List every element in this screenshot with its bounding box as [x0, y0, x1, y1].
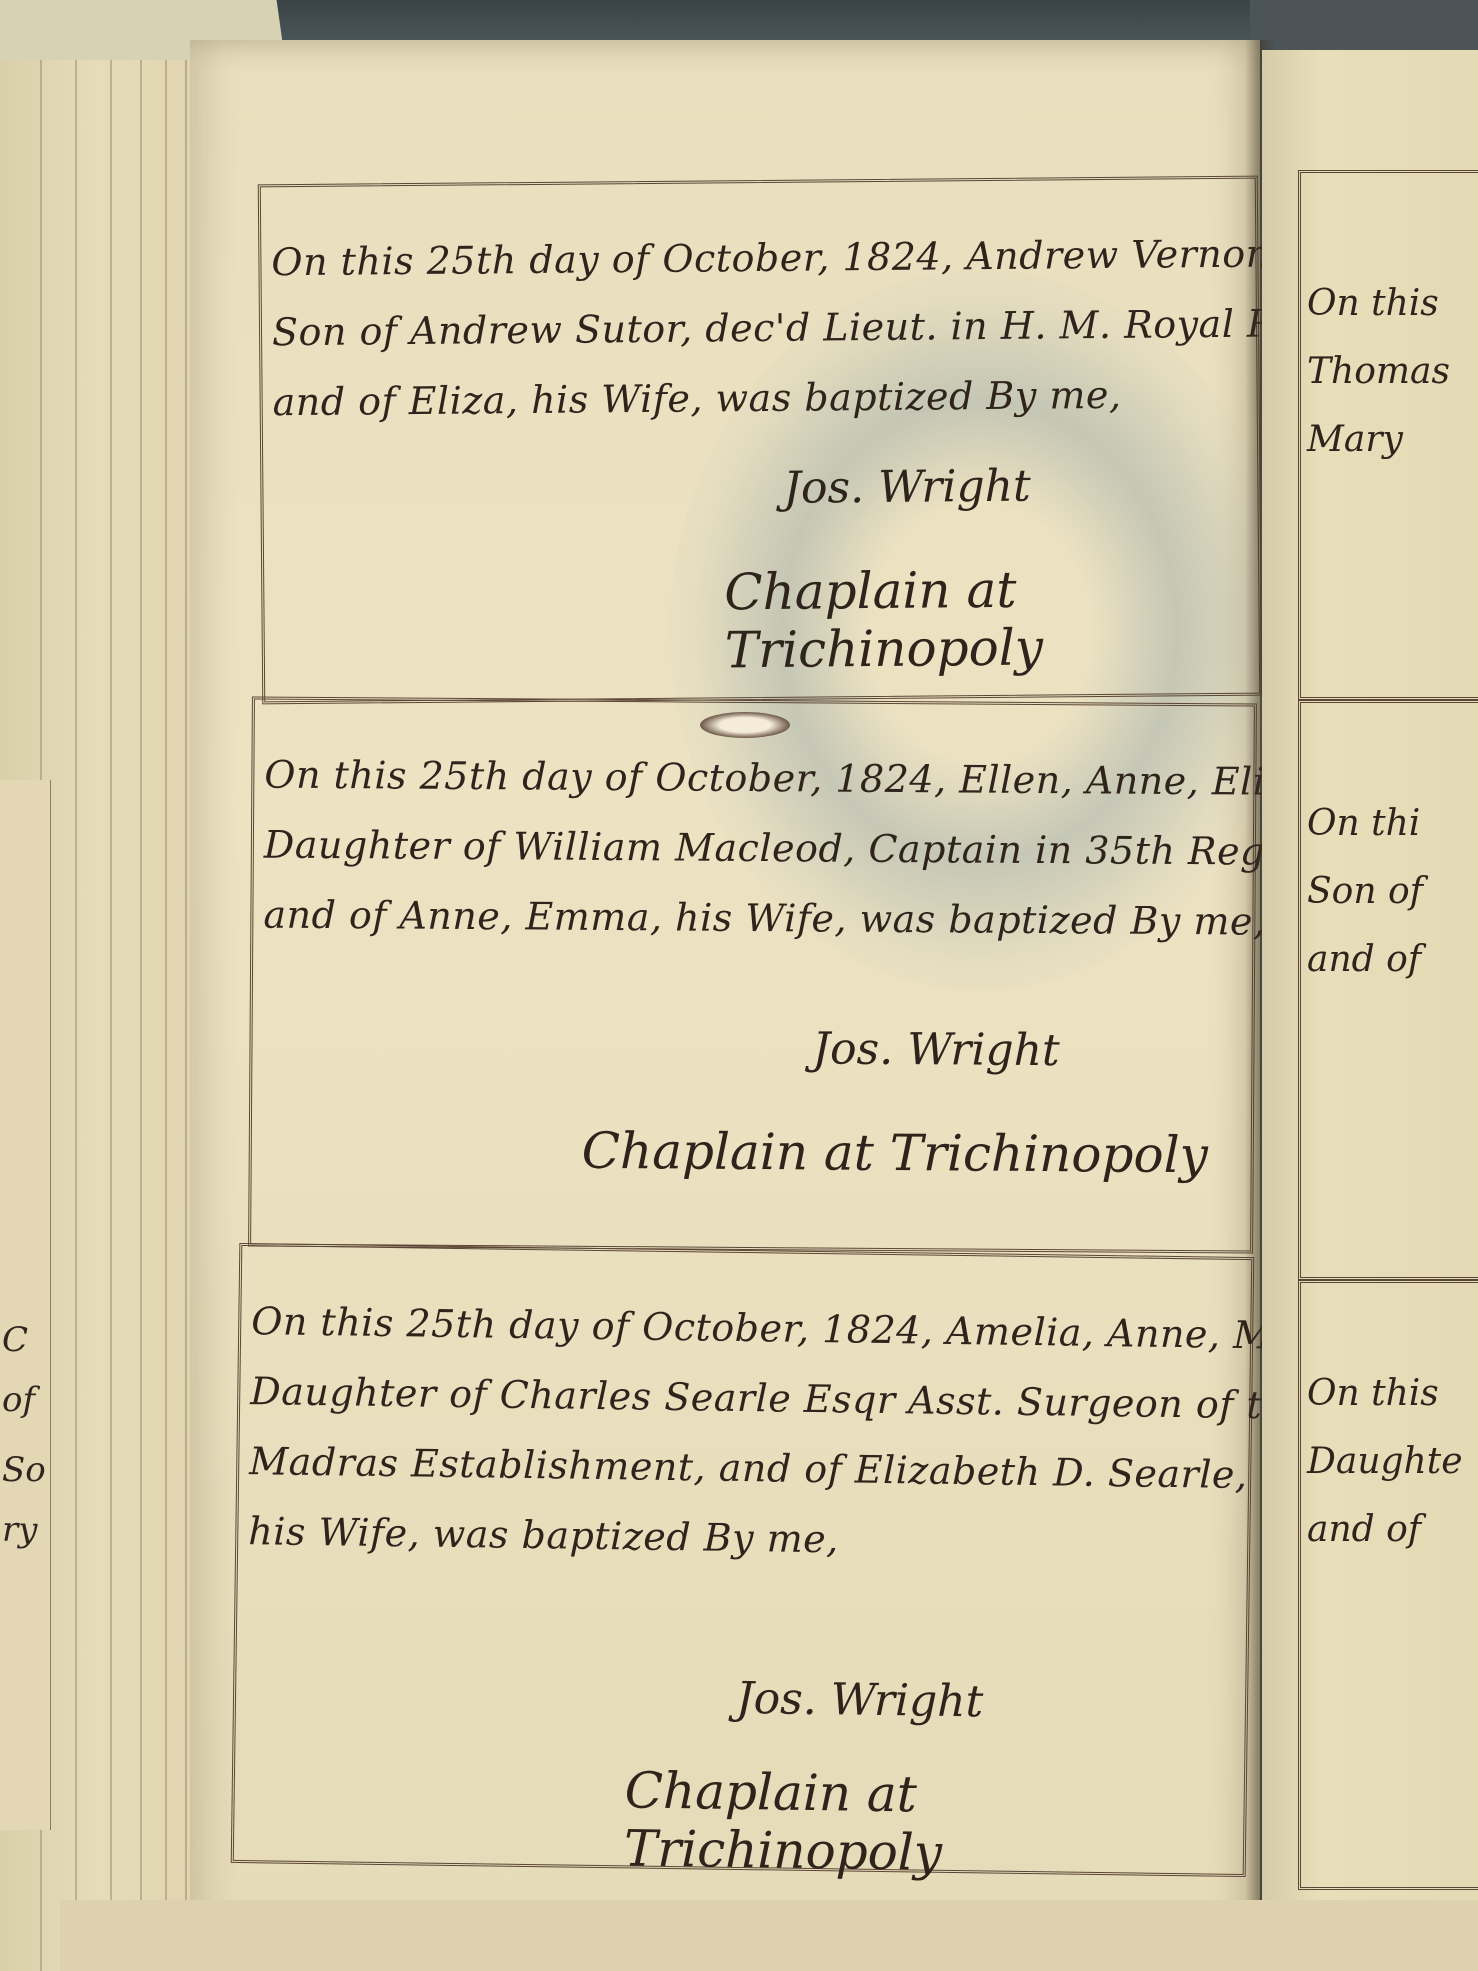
entry-line: Daughter of William Macleod, Captain in …	[264, 810, 1243, 887]
entry-line: and of Eliza, his Wife, was baptized By …	[272, 359, 1247, 437]
fragment-text: So	[2, 1450, 46, 1490]
facing-entry-text: On this Daughte and of	[1307, 1360, 1463, 1564]
entry-line: and of Anne, Emma, his Wife, was baptize…	[263, 880, 1242, 957]
burn-hole	[700, 712, 790, 738]
baptism-register: On this 25th day of October, 1824, Andre…	[260, 180, 1260, 1900]
page-edge	[75, 60, 77, 1971]
baptism-entry: On this 25th day of October, 1824, Ellen…	[248, 696, 1257, 1253]
entry-line: Daughte	[1307, 1428, 1463, 1496]
entry-text: On this 25th day of October, 1824, Ameli…	[248, 1286, 1241, 1580]
fragment-text: ry	[2, 1510, 37, 1550]
fragment-text: C	[2, 1320, 28, 1360]
entry-line: Son of Andrew Sutor, dec'd Lieut. in H. …	[272, 289, 1247, 367]
entry-line: On this 25th day of October, 1824, Ellen…	[264, 740, 1243, 817]
signature: Jos. Wright	[812, 1023, 1060, 1076]
page-edge	[110, 60, 112, 1971]
entry-line: Mary	[1307, 406, 1450, 474]
entry-line: Son of	[1307, 858, 1423, 926]
entry-line: On this	[1307, 1360, 1463, 1428]
entry-text: On this 25th day of October, 1824, Ellen…	[263, 740, 1243, 957]
facing-page: On this Thomas Mary On thi Son of and of…	[1262, 50, 1478, 1960]
page-edge	[165, 60, 167, 1971]
page-bottom-edge	[60, 1900, 1478, 1971]
fragment-text: of	[2, 1380, 35, 1420]
page-edge	[185, 60, 187, 1971]
page-edge	[140, 60, 142, 1971]
entry-line: On thi	[1307, 790, 1423, 858]
baptism-entry: On this 25th day of October, 1824, Andre…	[258, 176, 1262, 705]
signature-title: Chaplain at Trichinopoly	[624, 1761, 1245, 1886]
baptism-entry: On this 25th day of October, 1824, Ameli…	[231, 1243, 1255, 1877]
entry-line: On this	[1307, 270, 1450, 338]
signature: Jos. Wright	[783, 461, 1031, 514]
signature-title: Chaplain at Trichinopoly	[582, 1122, 1208, 1184]
entry-text: On this 25th day of October, 1824, Andre…	[271, 219, 1247, 437]
entry-line: On this 25th day of October, 1824, Andre…	[271, 219, 1246, 297]
entry-line: and of	[1307, 926, 1423, 994]
entry-line: Thomas	[1307, 338, 1450, 406]
signature-title: Chaplain at Trichinopoly	[724, 559, 1259, 680]
entry-line: his Wife, was baptized By me,	[248, 1496, 1238, 1580]
left-page-fragment: C of So ry	[0, 780, 51, 1830]
signature: Jos. Wright	[736, 1673, 984, 1727]
entry-line: and of	[1307, 1496, 1463, 1564]
facing-entry-text: On this Thomas Mary	[1307, 270, 1450, 474]
facing-entry-text: On thi Son of and of	[1307, 790, 1423, 994]
